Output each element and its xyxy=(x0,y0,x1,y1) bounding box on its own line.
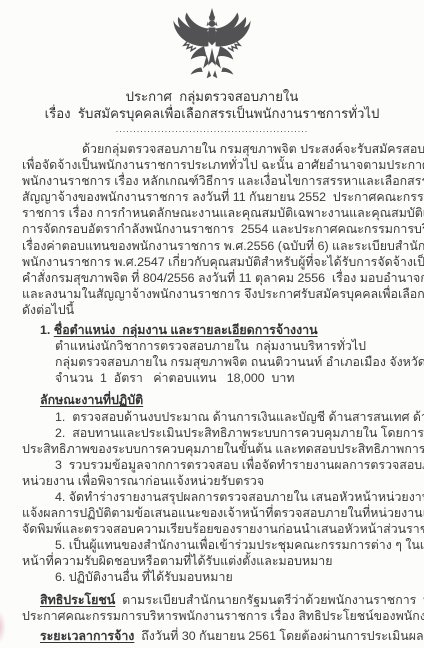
employment-text: ถึงวันที่ 30 กันยายน 2561 โดยต้องผ่านการ… xyxy=(134,629,424,643)
position-line: ตำแหน่งนักวิชาการตรวจสอบภายใน กลุ่มงานบร… xyxy=(22,338,406,354)
intro-line: ด้วยกลุ่มตรวจสอบภายใน กรมสุขภาพจิต ประสง… xyxy=(22,141,406,157)
duty-line: 2. สอบทานและประเมินประสิทธิภาพระบบการควบ… xyxy=(22,425,406,441)
intro-line: เพื่อจัดจ้างเป็นพนักงานราชการประเภททั่วไ… xyxy=(22,157,406,173)
duty-line: ประสิทธิภาพของระบบการควบคุมภายในขั้นต้น … xyxy=(22,441,406,457)
intro-line: การจัดกรอบอัตรากำลังพนักงานราชการ 2554 แ… xyxy=(22,221,406,237)
position-line: กลุ่มตรวจสอบภายใน กรมสุขภาพจิต ถนนติวานน… xyxy=(22,354,406,370)
emblem-container xyxy=(0,0,424,88)
employment-paragraph: ระยะเวลาการจ้าง ถึงวันที่ 30 กันยายน 256… xyxy=(22,628,406,644)
document-body: ด้วยกลุ่มตรวจสอบภายใน กรมสุขภาพจิต ประสง… xyxy=(0,136,424,644)
duty-line: 5. เป็นผู้แทนของสำนักงานเพื่อเข้าร่วมประ… xyxy=(22,537,406,553)
duty-line: หน้าที่ความรับผิดชอบหรือตามที่ได้รับแต่ง… xyxy=(22,553,406,569)
benefits-text-line2: ประกาศคณะกรรมการบริหารพนักงานราชการ เรื่… xyxy=(22,608,406,624)
title-block: ประกาศ กลุ่มตรวจสอบภายใน เรื่อง รับสมัคร… xyxy=(0,88,424,136)
document-page: ประกาศ กลุ่มตรวจสอบภายใน เรื่อง รับสมัคร… xyxy=(0,0,424,648)
intro-line: สัญญาจ้างของพนักงานราชการ ลงวันที่ 11 กั… xyxy=(22,189,406,205)
benefits-text: ตามระเบียบสำนักนายกรัฐมนตรีว่าด้วยพนักงา… xyxy=(115,593,424,607)
intro-line: ราชการ เรื่อง การกำหนดลักษณะงานและคุณสมบ… xyxy=(22,205,406,221)
duty-line: หน่วยงาน เพื่อพิจารณาก่อนแจ้งหน่วยรับตรว… xyxy=(22,473,406,489)
announcement-title: ประกาศ กลุ่มตรวจสอบภายใน xyxy=(0,88,424,105)
duty-line: จัดพิมพ์และตรวจสอบความเรียบร้อยของรายงาน… xyxy=(22,521,406,537)
intro-line: เรื่องค่าตอบแทนของพนักงานราชการ พ.ศ.2556… xyxy=(22,238,406,254)
divider-dots: ........................................… xyxy=(0,123,424,136)
intro-line: พนักงานราชการ พ.ศ.2547 เกี่ยวกับคุณสมบัต… xyxy=(22,254,406,270)
position-section-heading: 1. ชื่อตำแหน่ง กลุ่มงาน และรายละเอียดการ… xyxy=(22,322,406,338)
duty-line: แจ้งผลการปฏิบัติตามข้อเสนอแนะของเจ้าหน้า… xyxy=(22,505,406,521)
benefits-paragraph: สิทธิประโยชน์ ตามระเบียบสำนักนายกรัฐมนตร… xyxy=(22,592,406,608)
intro-line: คำสั่งกรมสุขภาพจิต ที่ 804/2556 ลงวันที่… xyxy=(22,270,406,286)
announcement-subject: เรื่อง รับสมัครบุคคลเพื่อเลือกสรรเป็นพนั… xyxy=(0,105,424,122)
duties-heading: ลักษณะงานที่ปฏิบัติ xyxy=(22,392,406,408)
position-section-heading-text: ชื่อตำแหน่ง กลุ่มงาน และรายละเอียดการจ้า… xyxy=(54,323,318,337)
duty-line: 1. ตรวจสอบด้านงบประมาณ ด้านการเงินและบัญ… xyxy=(22,409,406,425)
duty-line: 6. ปฏิบัติงานอื่น ที่ได้รับมอบหมาย xyxy=(22,569,406,585)
intro-line: และลงนามในสัญญาจ้างพนักงานราชการ จึงประก… xyxy=(22,286,406,302)
garuda-emblem-icon xyxy=(166,8,258,88)
duty-line: 4. จัดทำร่างรายงานสรุปผลการตรวจสอบภายใน … xyxy=(22,489,406,505)
intro-line: ดังต่อไปนี้ xyxy=(22,302,406,318)
benefits-heading: สิทธิประโยชน์ xyxy=(40,593,115,607)
position-section-number: 1. xyxy=(40,323,54,337)
intro-line: พนักงานราชการ เรื่อง หลักเกณฑ์วิธีการ แล… xyxy=(22,173,406,189)
employment-heading: ระยะเวลาการจ้าง xyxy=(40,629,134,643)
position-line: จำนวน 1 อัตรา ค่าตอบแทน 18,000 บาท xyxy=(22,370,406,386)
duty-line: 3 รวบรวมข้อมูลจากการตรวจสอบ เพื่อจัดทำรา… xyxy=(22,457,406,473)
